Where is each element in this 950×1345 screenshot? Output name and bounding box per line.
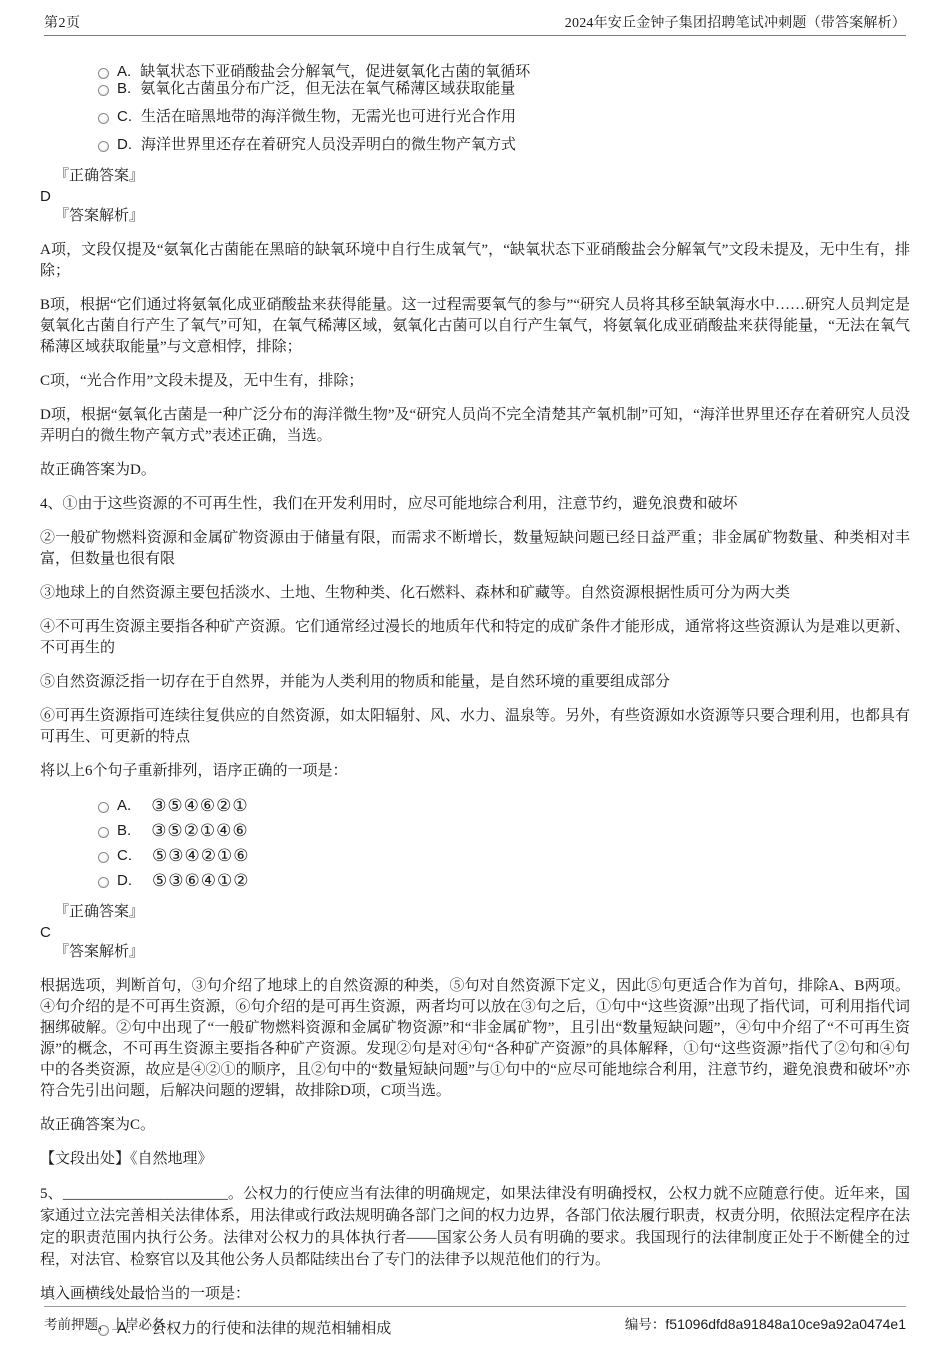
radio-button-icon[interactable]: [98, 802, 109, 813]
option-label: C.: [117, 109, 132, 125]
option-label: A.: [117, 798, 131, 814]
correct-answer-heading: 『正确答案』: [40, 167, 910, 185]
radio-button-icon[interactable]: [98, 852, 109, 863]
option-label: B.: [117, 823, 131, 839]
question4-option-a[interactable]: A. ③⑤④⑥②①: [98, 798, 910, 814]
question4-sentence: 4、①由于这些资源的不可再生性，我们在开发利用时，应尽可能地综合利用，注意节约，…: [40, 494, 910, 515]
option-label: D.: [117, 873, 132, 889]
page-number: 第2页: [44, 12, 81, 32]
source-line: 【文段出处】《自然地理》: [40, 1149, 910, 1170]
option-text: 缺氧状态下亚硝酸盐会分解氧气，促进氨氧化古菌的氧循环: [140, 64, 530, 80]
question3-option-d[interactable]: D. 海洋世界里还存在着研究人员没弄明白的微生物产氧方式: [98, 137, 910, 153]
analysis-paragraph: B项，根据“它们通过将氨氧化成亚硝酸盐来获得能量。这一过程需要氧气的参与”“研究…: [40, 295, 910, 358]
conclusion-line: 故正确答案为D。: [40, 460, 910, 481]
page-header: 第2页 2024年安丘金钟子集团招聘笔试冲刺题（带答案解析）: [44, 0, 906, 36]
question3-option-a[interactable]: A. 缺氧状态下亚硝酸盐会分解氧气，促进氨氧化古菌的氧循环: [98, 64, 910, 80]
analysis-paragraph: D项，根据“氨氧化古菌是一种广泛分布的海洋微生物”及“研究人员尚不完全清楚其产氧…: [40, 405, 910, 447]
footer-slogan: 考前押题，上岸必备: [44, 1313, 166, 1333]
question4-sentence: ②一般矿物燃料资源和金属矿物资源由于储量有限，而需求不断增长，数量短缺问题已经日…: [40, 528, 910, 570]
question4-option-d[interactable]: D. ⑤③⑥④①②: [98, 873, 910, 889]
serial-number: 编号：f51096dfd8a91848a10ce9a92a0474e1: [625, 1313, 906, 1333]
option-text: 生活在暗黑地带的海洋微生物，无需光也可进行光合作用: [141, 109, 516, 125]
question4-sentence: ④不可再生资源主要指各种矿产资源。它们通常经过漫长的地质年代和特定的成矿条件才能…: [40, 617, 910, 659]
radio-button-icon[interactable]: [98, 113, 109, 124]
question3-option-c[interactable]: C. 生活在暗黑地带的海洋微生物，无需光也可进行光合作用: [98, 109, 910, 125]
serial-value: f51096dfd8a91848a10ce9a92a0474e1: [665, 1316, 906, 1332]
option-text: ③⑤④⑥②①: [151, 798, 248, 814]
option-label: D.: [117, 137, 132, 153]
correct-answer-value: C: [40, 924, 910, 942]
radio-button-icon[interactable]: [98, 85, 109, 96]
document-title: 2024年安丘金钟子集团招聘笔试冲刺题（带答案解析）: [565, 12, 906, 32]
question4-sentence: ⑥可再生资源指可连续往复供应的自然资源，如太阳辐射、风、水力、温泉等。另外，有些…: [40, 706, 910, 748]
question4-option-c[interactable]: C. ⑤③④②①⑥: [98, 848, 910, 864]
page-footer: 考前押题，上岸必备 编号：f51096dfd8a91848a10ce9a92a0…: [44, 1306, 906, 1333]
correct-answer-heading: 『正确答案』: [40, 903, 910, 921]
option-text: ⑤③④②①⑥: [152, 848, 249, 864]
question4-prompt: 将以上6个句子重新排列，语序正确的一项是：: [40, 761, 910, 782]
question4-option-b[interactable]: B. ③⑤②①④⑥: [98, 823, 910, 839]
option-label: C.: [117, 848, 132, 864]
radio-button-icon[interactable]: [98, 827, 109, 838]
question3-option-b[interactable]: B. 氨氧化古菌虽分布广泛，但无法在氧气稀薄区域获取能量: [98, 81, 910, 97]
analysis-paragraph: A项，文段仅提及“氨氧化古菌能在黑暗的缺氧环境中自行生成氧气”，“缺氧状态下亚硝…: [40, 240, 910, 282]
radio-button-icon[interactable]: [98, 141, 109, 152]
analysis-paragraph: 根据选项，判断首句，③句介绍了地球上的自然资源的种类，⑤句对自然资源下定义，因此…: [40, 976, 910, 1102]
analysis-heading: 『答案解析』: [40, 943, 910, 961]
conclusion-line: 故正确答案为C。: [40, 1115, 910, 1136]
analysis-heading: 『答案解析』: [40, 207, 910, 225]
serial-label: 编号：: [625, 1317, 666, 1332]
option-text: ⑤③⑥④①②: [152, 873, 249, 889]
question4-options: A. ③⑤④⑥②① B. ③⑤②①④⑥ C. ⑤③④②①⑥ D. ⑤③⑥④①②: [98, 798, 910, 889]
question4-sentence: ③地球上的自然资源主要包括淡水、土地、生物种类、化石燃料、森林和矿藏等。自然资源…: [40, 583, 910, 604]
correct-answer-value: D: [40, 188, 910, 206]
page-content: A. 缺氧状态下亚硝酸盐会分解氧气，促进氨氧化古菌的氧循环 B. 氨氧化古菌虽分…: [0, 36, 950, 1337]
question5-stem: 5、______________________。公权力的行使应当有法律的明确规…: [40, 1183, 910, 1271]
option-text: ③⑤②①④⑥: [151, 823, 248, 839]
radio-button-icon[interactable]: [98, 68, 109, 79]
option-text: 海洋世界里还存在着研究人员没弄明白的微生物产氧方式: [141, 137, 516, 153]
question3-options: A. 缺氧状态下亚硝酸盐会分解氧气，促进氨氧化古菌的氧循环 B. 氨氧化古菌虽分…: [98, 64, 910, 153]
question5-prompt: 填入画横线处最恰当的一项是：: [40, 1284, 910, 1305]
question4-sentence: ⑤自然资源泛指一切存在于自然界，并能为人类利用的物质和能量，是自然环境的重要组成…: [40, 672, 910, 693]
document-page: 第2页 2024年安丘金钟子集团招聘笔试冲刺题（带答案解析） A. 缺氧状态下亚…: [0, 0, 950, 1345]
option-text: 氨氧化古菌虽分布广泛，但无法在氧气稀薄区域获取能量: [140, 81, 515, 97]
option-label: B.: [117, 81, 131, 97]
analysis-paragraph: C项，“光合作用”文段未提及，无中生有，排除；: [40, 371, 910, 392]
radio-button-icon[interactable]: [98, 877, 109, 888]
option-label: A.: [117, 64, 131, 80]
